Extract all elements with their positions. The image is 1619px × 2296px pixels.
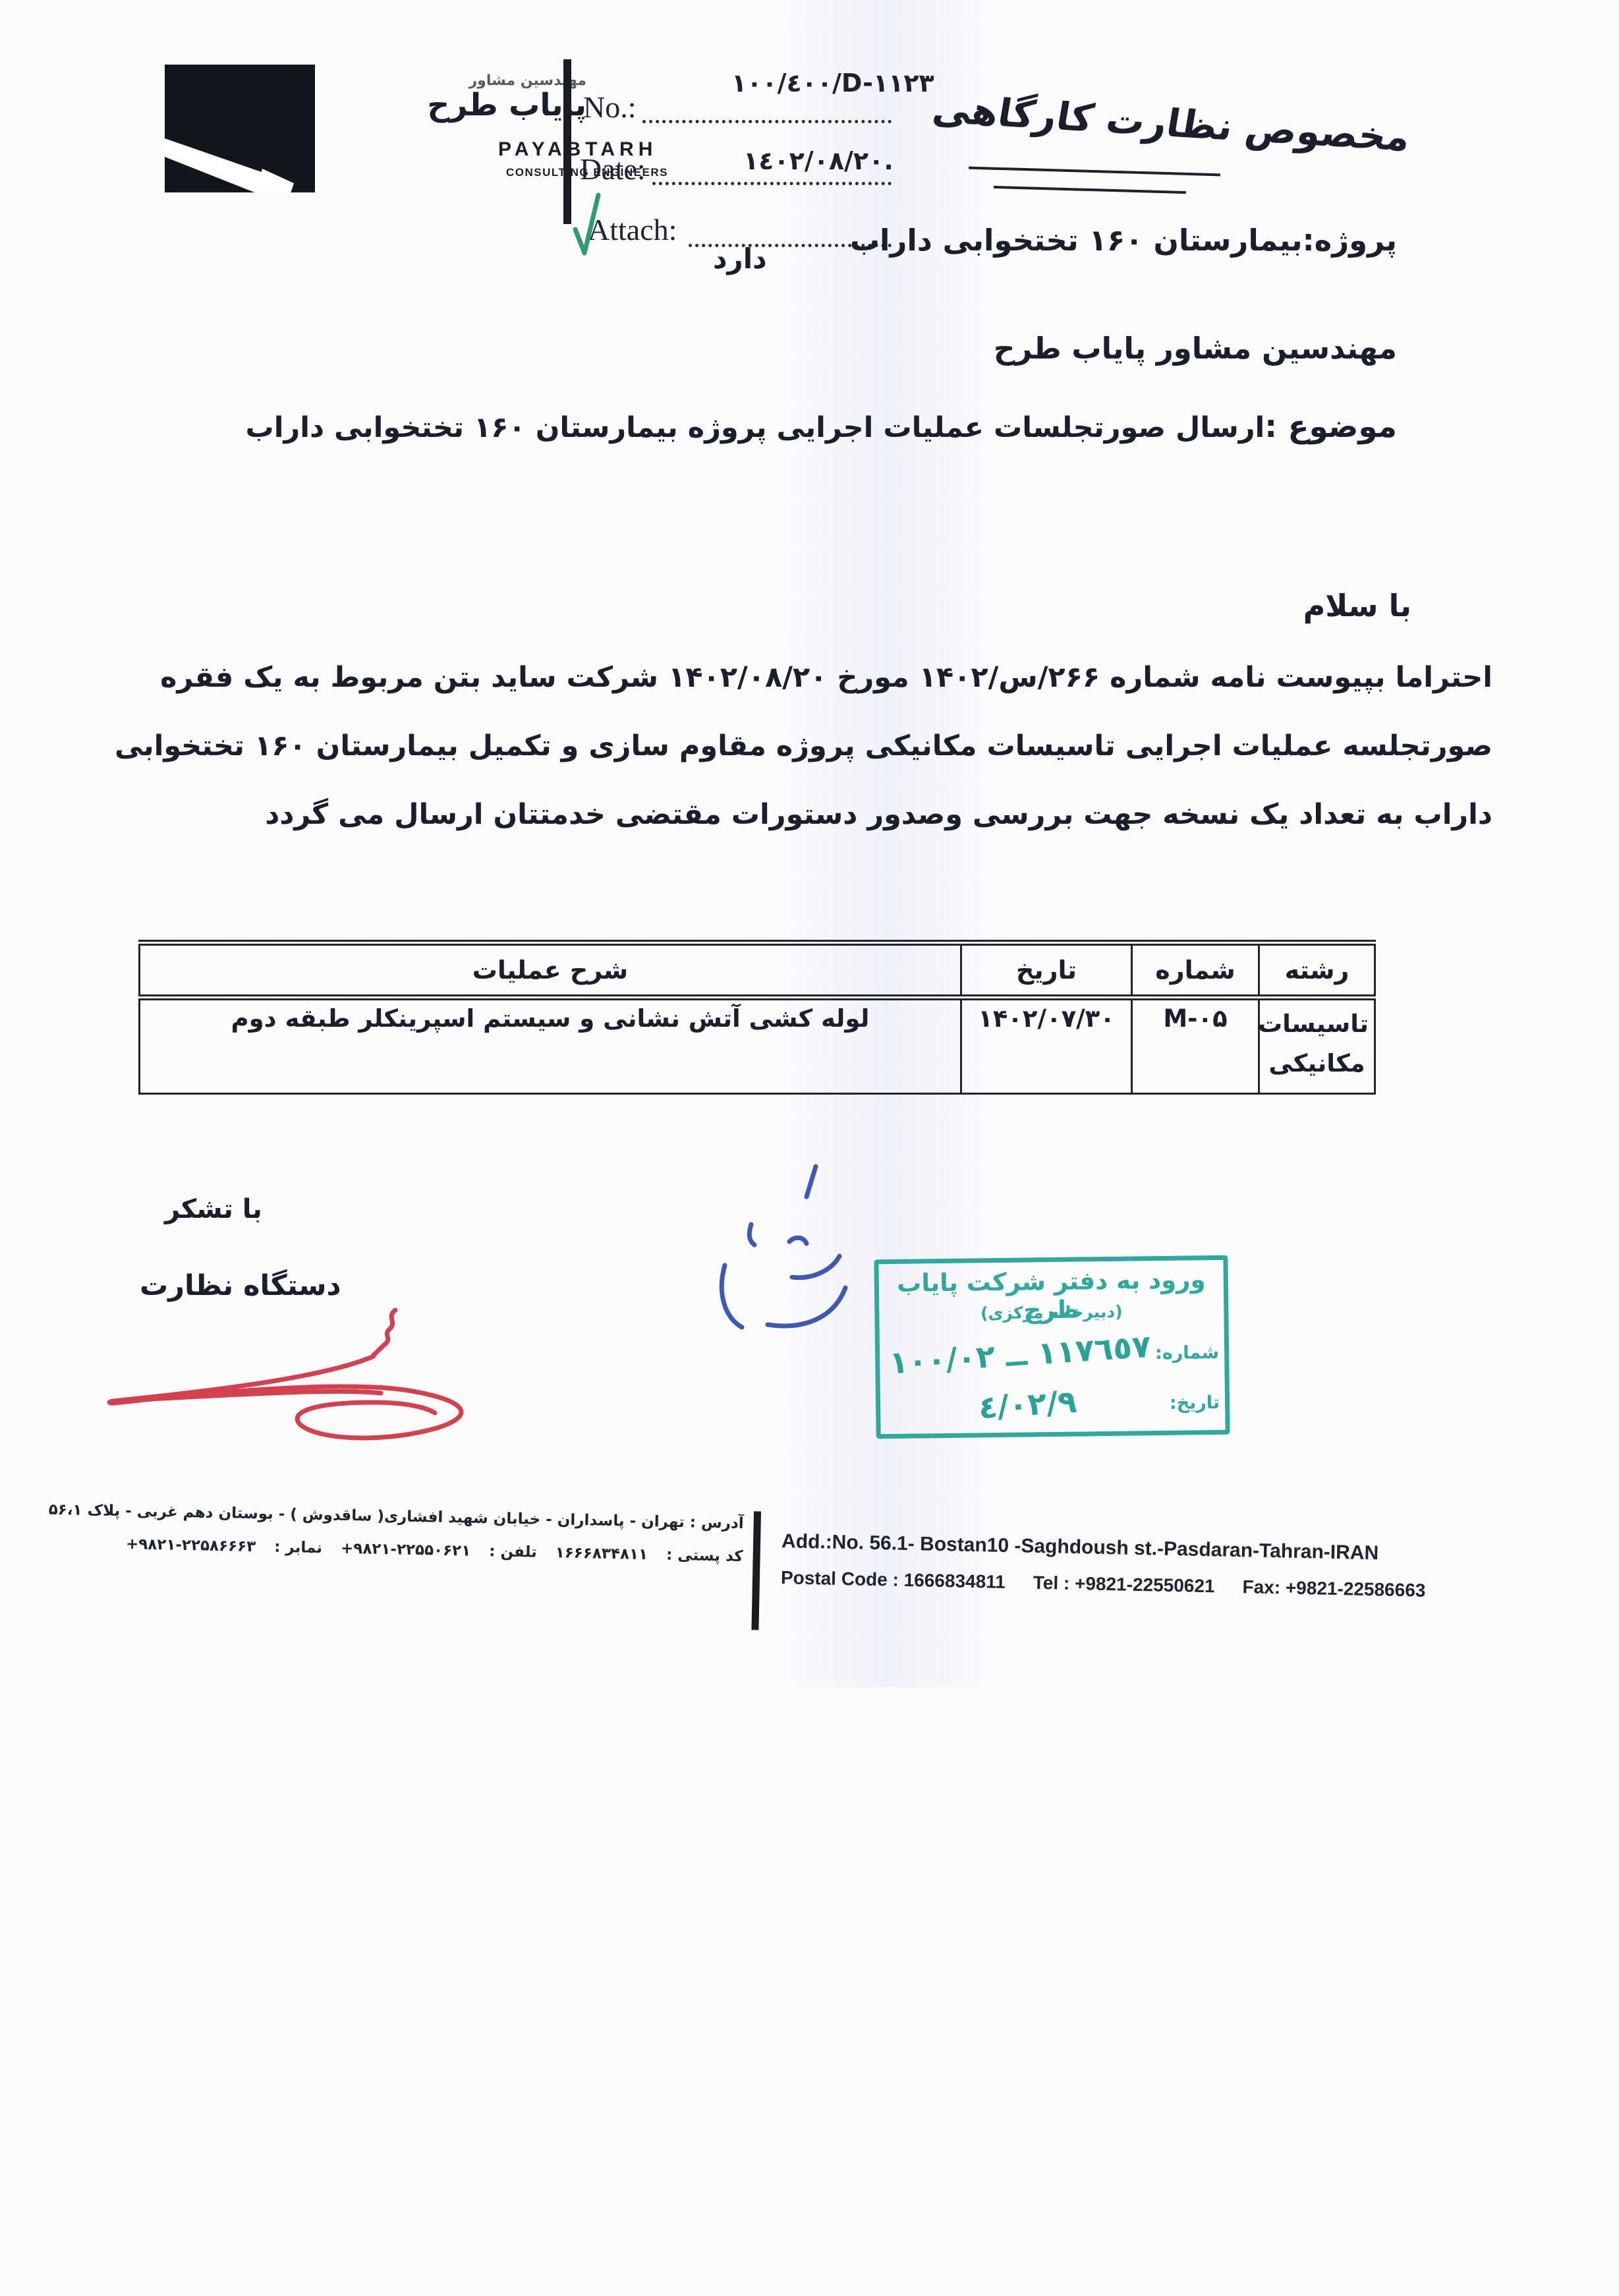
scanned-letter-page: مهندسین مشاور پایاب طرح PAYABTARH CONSUL… <box>0 0 1619 2296</box>
signature-department: دستگاه نظارت <box>140 1269 341 1302</box>
stamp-date-row: تاریخ: ۰۲/۹/٤ <box>886 1381 1220 1427</box>
no-label: No.: <box>583 90 637 125</box>
project-line: پروژه:بیمارستان ۱۶۰ تختخوابی داراب <box>850 223 1397 258</box>
column-header-description: شرح عملیات <box>140 943 961 998</box>
table-header-row: رشته شماره تاریخ شرح عملیات <box>140 943 1375 998</box>
fax-label-fa: نمابر : <box>274 1539 322 1557</box>
supervision-underline-2 <box>994 186 1186 194</box>
footer-address-block: آدرس : تهران - پاسداران - خیابان شهید اف… <box>0 1496 1619 1660</box>
subject-text: ارسال صورتجلسات عملیات اجرایی پروژه بیما… <box>246 411 1265 444</box>
column-header-field: رشته <box>1259 943 1375 998</box>
cell-field: تاسیسات مکانیکی <box>1259 998 1375 1094</box>
tel-label-fa: تلفن : <box>489 1543 537 1561</box>
date-dotted-line <box>652 175 892 185</box>
operations-table: رشته شماره تاریخ شرح عملیات تاسیسات مکان… <box>138 940 1376 1095</box>
footer-address-fa: آدرس : تهران - پاسداران - خیابان شهید اف… <box>48 1501 743 1532</box>
stamp-date-label: تاریخ: <box>1170 1392 1220 1413</box>
salutation: با سلام <box>1303 588 1411 623</box>
handwritten-note <box>710 1159 898 1372</box>
attach-value: دارد <box>713 243 767 275</box>
stamp-number-label: شماره: <box>1155 1342 1219 1363</box>
footer-contact-fa: کد پستی : ۱۶۶۶۸۳۴۸۱۱ تلفن : +۹۸۲۱-۲۲۵۵۰۶… <box>126 1535 743 1565</box>
column-header-date: تاریخ <box>961 943 1132 998</box>
entry-stamp: ورود به دفتر شرکت پایاب طرح (دبیرخانه مر… <box>874 1255 1230 1439</box>
postal-label-fa: کد پستی : <box>666 1547 743 1565</box>
subject-line: موضوع :ارسال صورتجلسات عملیات اجرایی پرو… <box>246 409 1397 445</box>
cell-number: M-۰۵ <box>1132 998 1259 1094</box>
signature-thanks: با تشکر <box>165 1194 262 1224</box>
check-icon <box>572 191 601 260</box>
stamp-number-row: شماره: ۱۱۷٦٥٧ ــ ۱۰۰/۰۲ <box>885 1329 1220 1380</box>
fields-divider-bar <box>563 59 571 224</box>
no-value: ١٠٠/٤٠٠/D-١١٢٣ <box>731 69 934 98</box>
supervision-underline <box>969 167 1220 177</box>
stamp-date-value: ۰۲/۹/٤ <box>885 1377 1170 1432</box>
footer-divider-bar <box>751 1511 761 1630</box>
footer-contact-en: Postal Code : 1666834811 Tel : +9821-225… <box>781 1567 1426 1601</box>
no-dotted-line <box>642 113 892 123</box>
cell-description: لوله کشی آتش نشانی و سیستم اسپرینکلر طبق… <box>140 998 961 1094</box>
date-value: ١٤٠٢/٠٨/٢٠. <box>743 146 894 175</box>
postal-code-fa: ۱۶۶۶۸۳۴۸۱۱ <box>555 1544 648 1563</box>
body-line-2: صورتجلسه عملیات اجرایی تاسیسات مکانیکی پ… <box>115 730 1492 762</box>
fax-number-fa: +۹۸۲۱-۲۲۵۸۶۶۶۳ <box>126 1535 256 1555</box>
signature-scribble <box>98 1305 486 1449</box>
subject-label: موضوع : <box>1264 409 1397 445</box>
footer-address-en: Add.:No. 56.1- Bostan10 -Saghdoush st.-P… <box>781 1530 1379 1564</box>
logo-fa-name: پایاب طرح <box>382 87 586 123</box>
table-row: تاسیسات مکانیکی M-۰۵ ۱۴۰۲/۰۷/۳۰ لوله کشی… <box>140 998 1375 1094</box>
company-logo <box>165 65 315 192</box>
recipient-line: مهندسین مشاور پایاب طرح <box>994 331 1397 366</box>
tel-number-en: Tel : +9821-22550621 <box>1033 1572 1214 1597</box>
supervision-title: مخصوص نظارت کارگاهی <box>930 86 1414 160</box>
logo-stripe-icon <box>165 65 315 192</box>
postal-code-en: Postal Code : 1666834811 <box>781 1567 1006 1593</box>
tel-number-fa: +۹۸۲۱-۲۲۵۵۰۶۲۱ <box>341 1540 471 1560</box>
body-line-1: احتراما بپیوست نامه شماره ۲۶۶/س/۱۴۰۲ مور… <box>160 661 1492 694</box>
date-label: Date: <box>580 152 646 187</box>
fax-number-en: Fax: +9821-22586663 <box>1242 1576 1425 1601</box>
body-line-3: داراب به تعداد یک نسخه جهت بررسی وصدور د… <box>265 798 1492 831</box>
cell-date: ۱۴۰۲/۰۷/۳۰ <box>961 998 1132 1094</box>
attach-label: Attach: <box>588 212 677 247</box>
stamp-number-value: ۱۱۷٦٥٧ ــ ۱۰۰/۰۲ <box>884 1328 1156 1381</box>
column-header-number: شماره <box>1132 943 1259 998</box>
